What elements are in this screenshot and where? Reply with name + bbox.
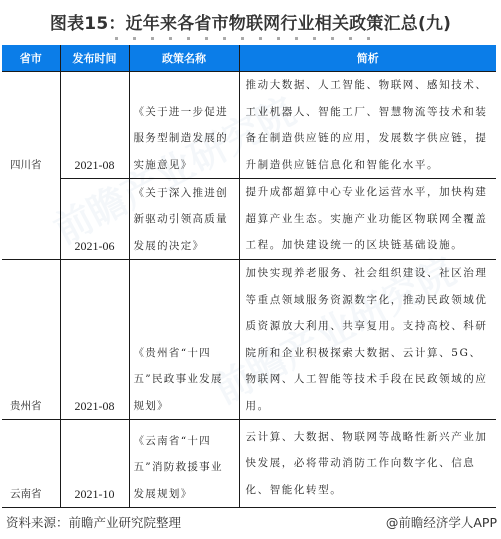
province-cell: 贵州省 bbox=[2, 260, 60, 420]
province-cell: 云南省 bbox=[2, 420, 60, 508]
table-row: 云南省 2021-10 《云南省“十四五”消防救援事业发展规划》 云计算、大数据… bbox=[2, 420, 496, 508]
source-note: 资料来源：前瞻产业研究院整理 bbox=[6, 513, 181, 531]
analysis-cell: 提升成都超算中心专业化运营水平，加快构建超算产业生态。实施产业功能区物联网全覆盖… bbox=[239, 179, 496, 260]
province-text: 四川省 bbox=[10, 159, 42, 171]
policy-name-cell: 《贵州省“十四五”民政事业发展规划》 bbox=[129, 260, 239, 420]
analysis-cell: 加快实现养老服务、社会组织建设、社区治理等重点领域服务资源数字化，推动民政领域优… bbox=[239, 260, 496, 420]
column-header-date: 发布时间 bbox=[60, 45, 129, 72]
column-header-province: 省市 bbox=[2, 45, 60, 72]
table-row: 2021-06 《关于深入推进创新驱动引领高质量发展的决定》 提升成都超算中心专… bbox=[2, 179, 496, 260]
date-cell: 2021-06 bbox=[60, 179, 129, 260]
province-cell: 四川省 bbox=[2, 72, 60, 260]
analysis-cell: 云计算、大数据、物联网等战略性新兴产业加快发展，必将带动消防工作向数字化、信息化… bbox=[239, 420, 496, 508]
table-row: 四川省 2021-08 《关于进一步促进服务型制造发展的实施意见》 推动大数据、… bbox=[2, 72, 496, 179]
date-cell: 2021-08 bbox=[60, 72, 129, 179]
faded-subtitle bbox=[115, 37, 375, 40]
column-header-analysis: 简析 bbox=[239, 45, 496, 72]
table-header-row: 省市 发布时间 政策名称 简析 bbox=[2, 45, 496, 72]
policy-table: 省市 发布时间 政策名称 简析 四川省 2021-08 《关于进一步促进服务型制… bbox=[2, 45, 496, 508]
credit-note: @前瞻经济学人APP bbox=[386, 513, 497, 531]
policy-name-cell: 《关于进一步促进服务型制造发展的实施意见》 bbox=[129, 72, 239, 179]
policy-name-cell: 《关于深入推进创新驱动引领高质量发展的决定》 bbox=[129, 179, 239, 260]
column-header-policy: 政策名称 bbox=[129, 45, 239, 72]
analysis-cell: 推动大数据、人工智能、物联网、感知技术、工业机器人、智能工厂、智慧物流等技术和装… bbox=[239, 72, 496, 179]
date-cell: 2021-08 bbox=[60, 260, 129, 420]
chart-title: 图表15：近年来各省市物联网行业相关政策汇总(九) bbox=[0, 9, 501, 34]
date-cell: 2021-10 bbox=[60, 420, 129, 508]
policy-name-cell: 《云南省“十四五”消防救援事业发展规划》 bbox=[129, 420, 239, 508]
table-row: 贵州省 2021-08 《贵州省“十四五”民政事业发展规划》 加快实现养老服务、… bbox=[2, 260, 496, 420]
